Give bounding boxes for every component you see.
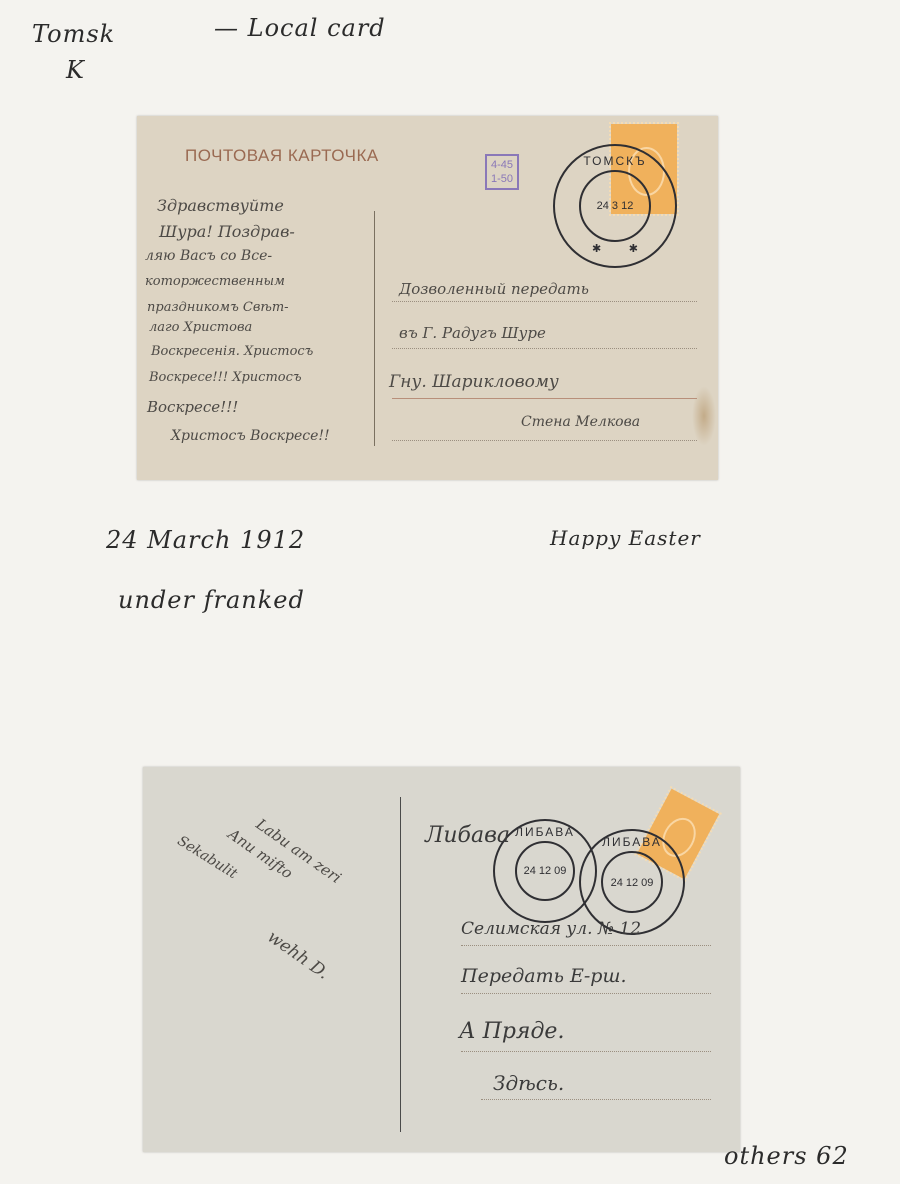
city-note: Tomsk	[32, 20, 115, 48]
address-line: Здѣсь.	[493, 1071, 564, 1095]
address-rule	[392, 301, 697, 302]
address-rule	[461, 993, 711, 994]
postmark-town: ЛИБАВА	[495, 825, 595, 839]
message-line: wehh D.	[264, 927, 333, 984]
date-note: 24 March 1912	[106, 526, 305, 554]
message-line: Воскресе!!! Христосъ	[149, 370, 302, 385]
easter-note: Happy Easter	[550, 526, 701, 550]
message-line: Воскресе!!!	[147, 398, 238, 416]
message-line: которжественным	[145, 274, 285, 289]
address-rule	[392, 440, 697, 441]
card-divider	[400, 797, 401, 1132]
address-line: Либава	[425, 823, 510, 848]
message-line: Шура! Поздрав-	[159, 222, 295, 241]
box-cancel-stamp: 4-45 1-50	[485, 154, 519, 190]
postmark-town: ТОМСКЪ	[555, 154, 675, 168]
address-line: Селимская ул. № 12	[461, 919, 641, 939]
footer-note: others 62	[724, 1142, 849, 1170]
tomsk-postmark: ТОМСКЪ 24 3 12 ✱ ✱	[553, 144, 677, 268]
stain	[692, 386, 716, 446]
address-line: Стена Мелкова	[521, 414, 640, 430]
address-rule	[481, 1099, 711, 1100]
message-line: Здравствуйте	[157, 196, 284, 215]
postmark-date: 24 3 12	[555, 200, 675, 212]
message-line: ляю Васъ со Все-	[145, 248, 272, 264]
postcard-tomsk: ПОЧТОВАЯ КАРТОЧКА 4-45 1-50 ТОМСКЪ 24 3 …	[137, 116, 718, 480]
box-cancel-line-2: 1-50	[491, 172, 513, 186]
address-rule	[461, 945, 711, 946]
address-rule	[461, 1051, 711, 1052]
message-line: лаго Христова	[149, 320, 252, 335]
star-icon: ✱ ✱	[555, 242, 675, 255]
postcard-libava: Labu am zeri Anu mifto Sekabulit wehh D.…	[143, 767, 740, 1152]
address-line: Дозволенный передать	[399, 280, 589, 298]
address-line: Передать Е-рш.	[461, 965, 626, 987]
address-line: въ Г. Радугъ Шуре	[399, 324, 546, 342]
address-line: А Пряде.	[459, 1019, 564, 1044]
city-sub-note: K	[66, 56, 85, 84]
postmark-date: 24 12 09	[581, 877, 683, 889]
address-rule	[392, 348, 697, 349]
address-rule	[392, 398, 697, 399]
printed-card-title: ПОЧТОВАЯ КАРТОЧКА	[185, 146, 379, 166]
box-cancel-line-1: 4-45	[491, 158, 513, 172]
underfranked-note: under franked	[118, 586, 305, 614]
message-line: праздникомъ Свѣт-	[147, 300, 289, 315]
postmark-town: ЛИБАВА	[581, 835, 683, 849]
local-card-note: — Local card	[214, 14, 386, 42]
address-line: Гну. Шарикловому	[389, 372, 559, 392]
card-divider	[374, 211, 375, 446]
message-line: Христосъ Воскресе!!	[171, 428, 330, 444]
message-line: Воскресенія. Христосъ	[151, 344, 313, 359]
